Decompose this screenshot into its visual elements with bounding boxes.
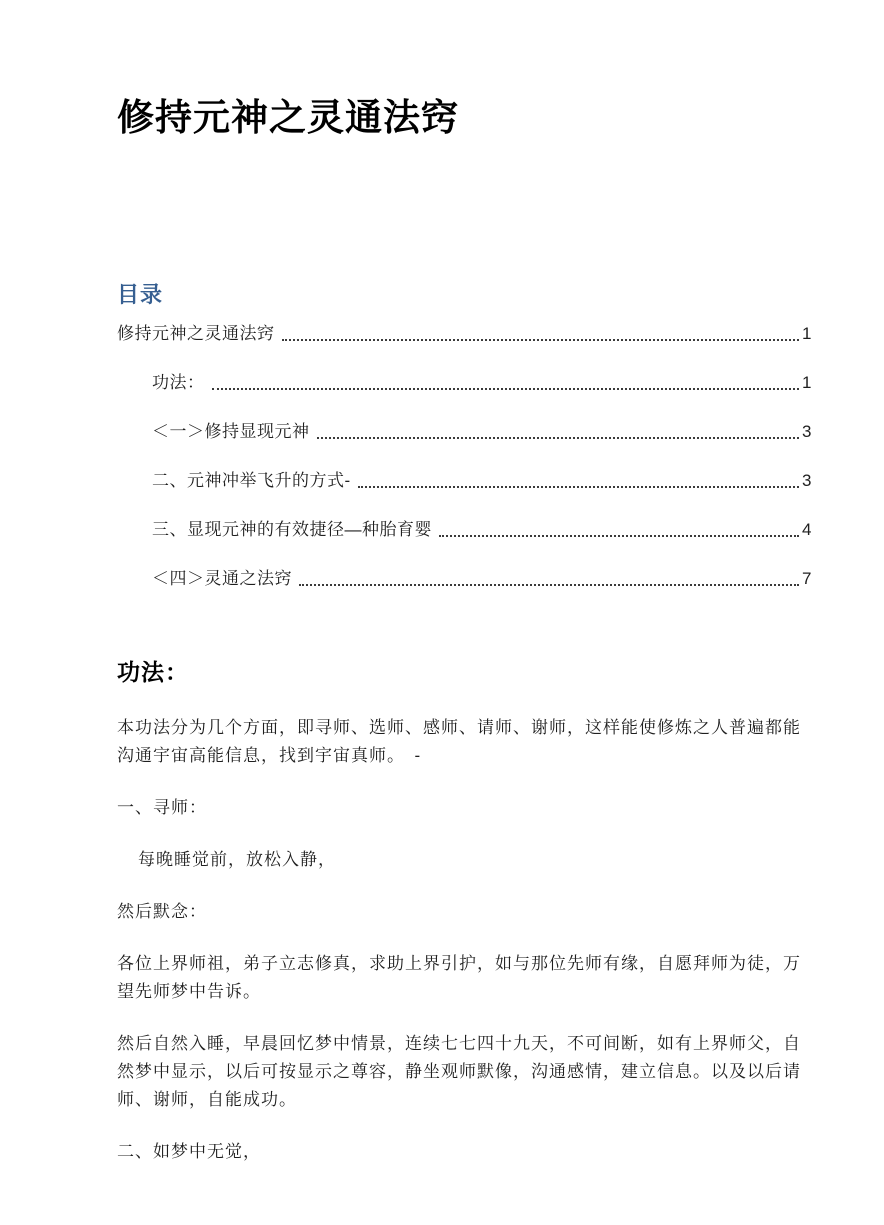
body-paragraph: 然后默念： <box>117 898 812 926</box>
toc-page-number: 1 <box>802 324 812 344</box>
toc-dot-leader <box>317 437 800 439</box>
body-paragraph: 二、如梦中无觉， <box>117 1138 812 1166</box>
toc-entry-label: ＜四＞灵通之法窍 <box>152 569 292 589</box>
body-paragraph: 一、寻师： <box>117 794 812 822</box>
body-paragraph: 然后自然入睡，早晨回忆梦中情景，连续七七四十九天，不可间断，如有上界师父，自然梦… <box>117 1030 812 1114</box>
toc-page-number: 3 <box>802 471 812 491</box>
toc-page-number: 3 <box>802 422 812 442</box>
toc-page-number: 4 <box>802 520 812 540</box>
toc-page-number: 1 <box>802 373 812 393</box>
toc-entry-label: 功法： <box>152 373 205 393</box>
table-of-contents: 修持元神之灵通法窍 1 功法： 1 ＜一＞修持显现元神 3 二、元神冲举飞升的方… <box>117 324 812 589</box>
toc-entry[interactable]: 三、显现元神的有效捷径—种胎育婴 4 <box>117 520 812 540</box>
document-title: 修持元神之灵通法窍 <box>117 95 812 141</box>
body-paragraph: 本功法分为几个方面，即寻师、选师、感师、请师、谢师，这样能使修炼之人普遍都能沟通… <box>117 714 812 770</box>
toc-entry-label: 修持元神之灵通法窍 <box>117 324 275 344</box>
toc-entry[interactable]: ＜四＞灵通之法窍 7 <box>117 569 812 589</box>
toc-dot-leader <box>299 584 799 586</box>
toc-entry[interactable]: ＜一＞修持显现元神 3 <box>117 422 812 442</box>
document-content: 修持元神之灵通法窍 目录 修持元神之灵通法窍 1 功法： 1 ＜一＞修持显现元神… <box>0 0 884 1166</box>
toc-dot-leader <box>439 535 799 537</box>
toc-entry-label: 三、显现元神的有效捷径—种胎育婴 <box>152 520 432 540</box>
toc-entry[interactable]: 二、元神冲举飞升的方式- 3 <box>117 471 812 491</box>
document-page: 修持元神之灵通法窍 目录 修持元神之灵通法窍 1 功法： 1 ＜一＞修持显现元神… <box>0 0 884 1225</box>
toc-dot-leader <box>358 486 799 488</box>
toc-dot-leader <box>282 339 800 341</box>
toc-heading: 目录 <box>117 280 812 310</box>
toc-entry-label: 二、元神冲举飞升的方式- <box>152 471 351 491</box>
toc-page-number: 7 <box>802 569 812 589</box>
toc-entry-label: ＜一＞修持显现元神 <box>152 422 310 442</box>
section-heading: 功法： <box>117 658 812 687</box>
body-paragraph: 每晚睡觉前，放松入静， <box>117 846 812 874</box>
body-paragraph: 各位上界师祖，弟子立志修真，求助上界引护，如与那位先师有缘，自愿拜师为徒，万望先… <box>117 950 812 1006</box>
toc-dot-leader <box>212 388 800 390</box>
toc-entry[interactable]: 功法： 1 <box>117 373 812 393</box>
toc-entry[interactable]: 修持元神之灵通法窍 1 <box>117 324 812 344</box>
